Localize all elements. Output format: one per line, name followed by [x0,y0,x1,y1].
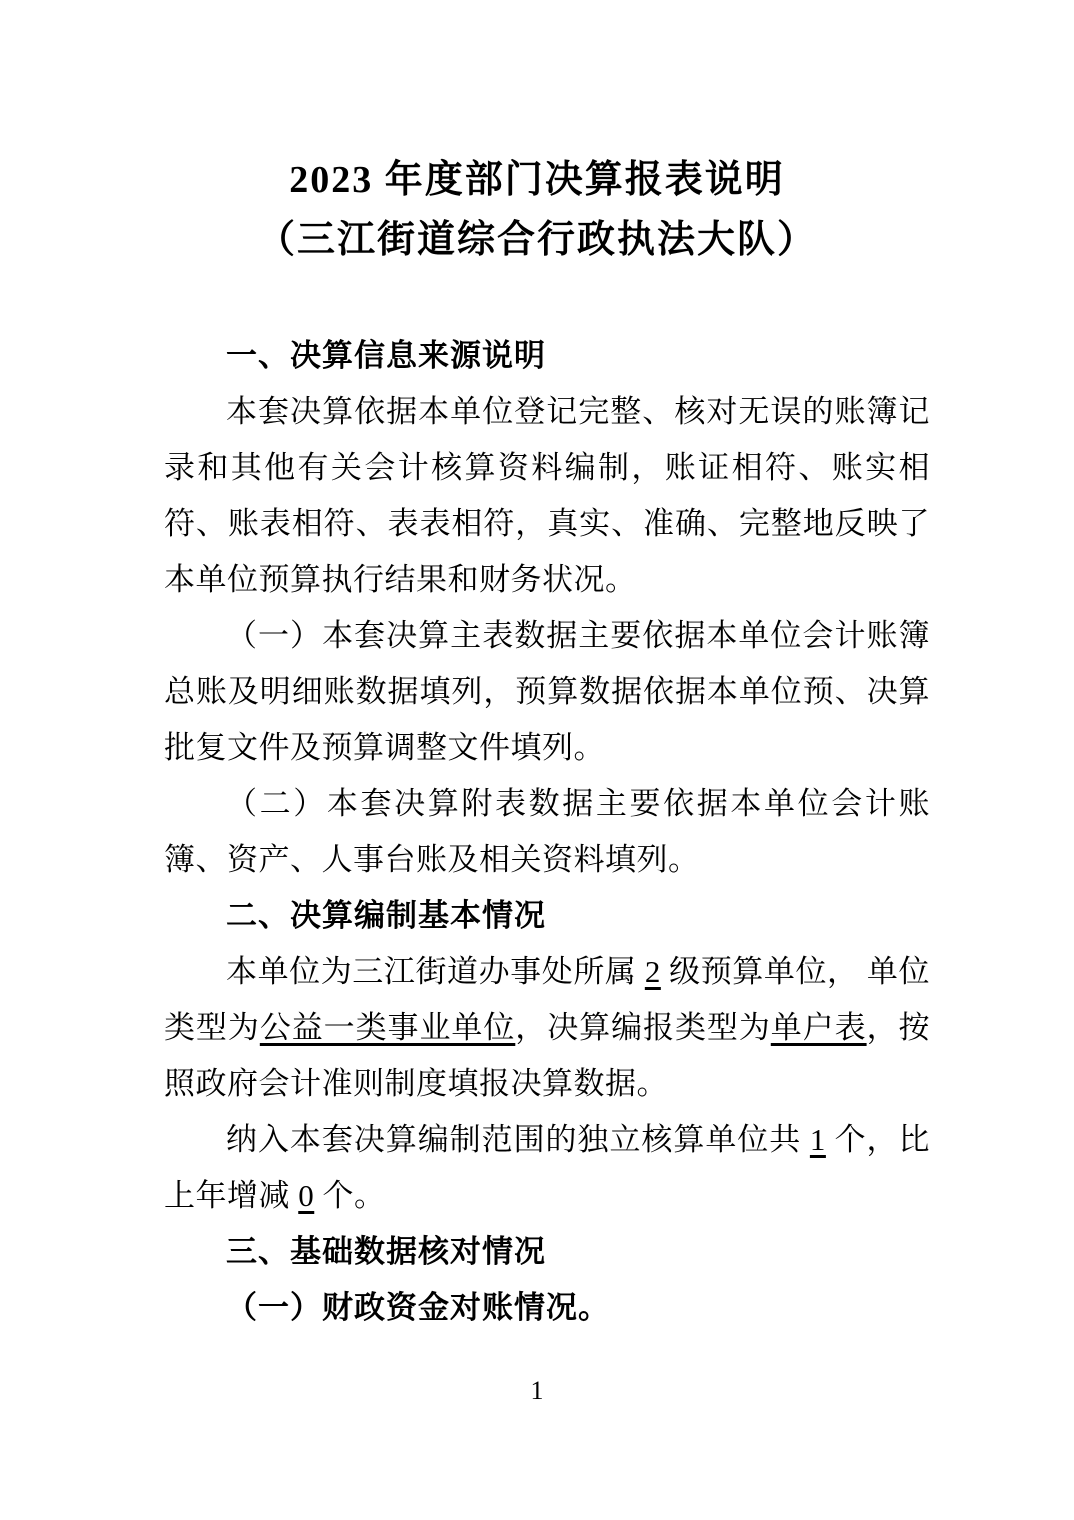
underlined-value-report-type: 单户表 [771,1010,867,1045]
text-segment: 纳入本套决算编制范围的独立核算单位共 [226,1122,810,1157]
sub-heading-fiscal-reconciliation: （一）财政资金对账情况。 [164,1280,930,1336]
title-line-1: 2023 年度部门决算报表说明 [0,150,1074,210]
paragraph: （一）本套决算主表数据主要依据本单位会计账簿总账及明细账数据填列，预算数据依据本… [164,608,930,776]
section-heading-2: 二、决算编制基本情况 [164,888,930,944]
section-heading-1: 一、决算信息来源说明 [164,328,930,384]
underlined-value-unit-count: 1 [810,1122,826,1157]
text-segment: ，决算编报类型为 [515,1010,770,1045]
document-body: 一、决算信息来源说明 本套决算依据本单位登记完整、核对无误的账簿记录和其他有关会… [164,328,930,1336]
paragraph: 本套决算依据本单位登记完整、核对无误的账簿记录和其他有关会计核算资料编制，账证相… [164,384,930,608]
document-title: 2023 年度部门决算报表说明 （三江街道综合行政执法大队） [0,0,1074,270]
section-heading-3: 三、基础数据核对情况 [164,1224,930,1280]
paragraph: 本单位为三江街道办事处所属 2 级预算单位， 单位类型为公益一类事业单位，决算编… [164,944,930,1112]
text-segment: 个。 [314,1178,385,1213]
paragraph: 纳入本套决算编制范围的独立核算单位共 1 个，比上年增减 0 个。 [164,1112,930,1224]
underlined-value-budget-level: 2 [645,954,661,989]
text-segment: 本单位为三江街道办事处所属 [226,954,645,989]
page-number: 1 [0,1375,1074,1407]
underlined-value-change-count: 0 [298,1178,314,1213]
title-line-2: （三江街道综合行政执法大队） [0,210,1074,270]
document-page: 2023 年度部门决算报表说明 （三江街道综合行政执法大队） 一、决算信息来源说… [0,0,1074,1520]
paragraph: （二）本套决算附表数据主要依据本单位会计账簿、资产、人事台账及相关资料填列。 [164,776,930,888]
underlined-value-unit-type: 公益一类事业单位 [260,1010,515,1045]
